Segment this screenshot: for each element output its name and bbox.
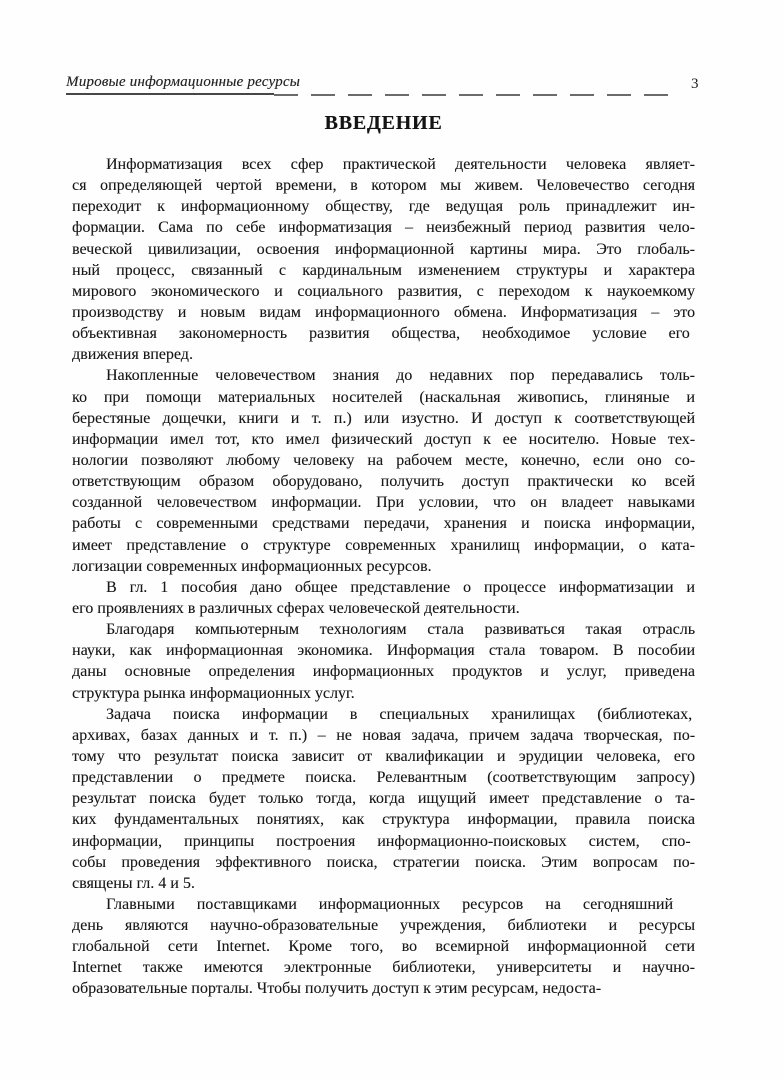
- text-line: информации имел тот, кто имел физический…: [72, 429, 695, 450]
- text-line: священы гл. 4 и 5.: [72, 873, 695, 894]
- paragraph: В гл. 1 пособия дано общее представление…: [72, 577, 695, 619]
- text-line: глобальной сети Internet. Кроме того, во…: [72, 936, 695, 957]
- running-header-title: Мировые информационные ресурсы: [66, 74, 300, 91]
- text-line: образовательные порталы. Чтобы получить …: [72, 978, 695, 999]
- text-line: Задача поиска информации в специальных х…: [72, 704, 695, 725]
- text-line: науки, как информационная экономика. Инф…: [72, 640, 695, 661]
- header-rule-solid-segment: [66, 93, 274, 95]
- text-line: тому что результат поиска зависит от ква…: [72, 746, 695, 767]
- text-line: ких фундаментальных понятиях, как структ…: [72, 809, 695, 830]
- text-line: Благодаря компьютерным технологиям стала…: [72, 619, 695, 640]
- text-line: имеет представление о структуре современ…: [72, 535, 695, 556]
- text-line: ся определяющей чертой времени, в которо…: [72, 175, 695, 196]
- page-number: 3: [691, 76, 699, 93]
- text-line: нологии позволяют любому человеку на раб…: [72, 450, 695, 471]
- paragraph: Благодаря компьютерным технологиям стала…: [72, 619, 695, 704]
- text-line: собы проведения эффективного поиска, стр…: [72, 852, 695, 873]
- header-rule: [66, 93, 678, 97]
- paragraph: Накопленные человечеством знания до неда…: [72, 365, 695, 576]
- text-line: В гл. 1 пособия дано общее представление…: [72, 577, 695, 598]
- text-line: результат поиска будет только тогда, ког…: [72, 788, 695, 809]
- page-title: ВВЕДЕНИЕ: [72, 112, 695, 135]
- text-line: берестяные дощечки, книги и т. п.) или и…: [72, 408, 695, 429]
- text-line: веческой цивилизации, освоения информаци…: [72, 239, 695, 260]
- text-line: ответствующим образом оборудовано, получ…: [72, 471, 695, 492]
- paragraph: Информатизация всех сфер практической де…: [72, 154, 695, 365]
- text-line: объективная закономерность развития обще…: [72, 323, 695, 344]
- text-line: формации. Сама по себе информатизация – …: [72, 217, 695, 238]
- text-line: Информатизация всех сфер практической де…: [72, 154, 695, 175]
- text-line: мирового экономического и социального ра…: [72, 281, 695, 302]
- text-line: Internet также имеются электронные библи…: [72, 957, 695, 978]
- text-line: ный процесс, связанный с кардинальным из…: [72, 260, 695, 281]
- text-line: Накопленные человечеством знания до неда…: [72, 365, 695, 386]
- text-line: Главными поставщиками информационных рес…: [72, 894, 695, 915]
- text-line: структура рынка информационных услуг.: [72, 683, 695, 704]
- text-line: переходит к информационному обществу, гд…: [72, 196, 695, 217]
- header-rule-dashed-segment: [274, 94, 678, 96]
- text-line: информации, принципы построения информац…: [72, 831, 695, 852]
- text-line: день являются научно-образовательные учр…: [72, 915, 695, 936]
- text-line: архивах, базах данных и т. п.) – не нова…: [72, 725, 695, 746]
- text-line: работы с современными средствами передач…: [72, 513, 695, 534]
- text-line: даны основные определения информационных…: [72, 661, 695, 682]
- body-text: Информатизация всех сфер практической де…: [72, 154, 695, 1000]
- text-line: созданной человечеством информации. При …: [72, 492, 695, 513]
- text-line: ко при помощи материальных носителей (на…: [72, 387, 695, 408]
- text-line: движения вперед.: [72, 344, 695, 365]
- text-line: логизации современных информационных рес…: [72, 556, 695, 577]
- text-line: производству и новым видам информационно…: [72, 302, 695, 323]
- scanned-page: Мировые информационные ресурсы 3 ВВЕДЕНИ…: [0, 0, 784, 1080]
- paragraph: Задача поиска информации в специальных х…: [72, 704, 695, 894]
- text-line: представлении о предмете поиска. Релеван…: [72, 767, 695, 788]
- text-line: его проявлениях в различных сферах челов…: [72, 598, 695, 619]
- paragraph: Главными поставщиками информационных рес…: [72, 894, 695, 1000]
